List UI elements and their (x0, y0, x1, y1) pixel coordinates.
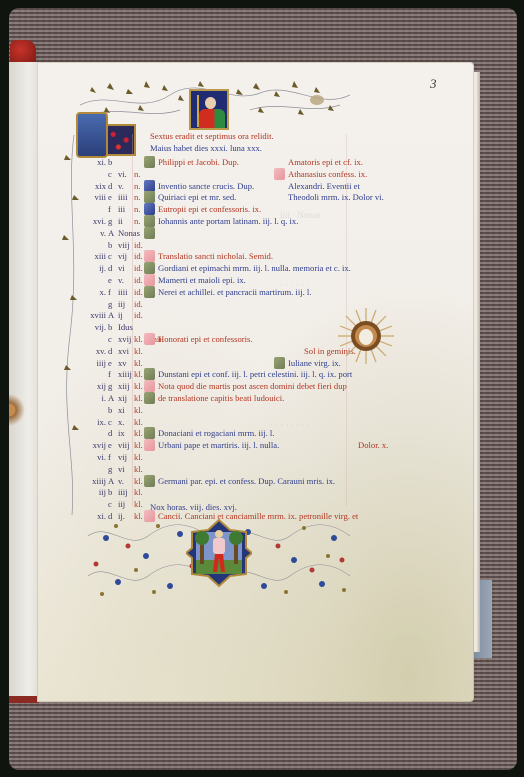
gemini-roundel-miniature (186, 518, 252, 588)
decorated-initial-icon (144, 274, 155, 286)
king-robe (199, 109, 225, 129)
decorated-initial-icon (144, 227, 155, 239)
facing-sun-icon (9, 390, 27, 430)
heading-verse: Sextus eradit et septimus ora relidit. (150, 131, 274, 141)
facing-leaf (9, 62, 38, 696)
decorated-initial-icon (144, 250, 155, 262)
decorated-initial-icon (144, 380, 155, 392)
decorated-initial-icon (144, 368, 155, 380)
decorated-initial-icon (144, 333, 155, 345)
decorated-initial-icon (144, 427, 155, 439)
decorated-initial-icon (144, 286, 155, 298)
red-ribbon-marker-top (10, 40, 36, 64)
decorated-initial-icon (144, 156, 155, 168)
decorated-initial-icon (144, 439, 155, 451)
folio-number: 3 (430, 76, 437, 92)
kl-initial (76, 112, 138, 158)
decorated-initial-icon (144, 475, 155, 487)
decorated-initial-icon (144, 203, 155, 215)
closing-line: Nox horas. viij. dies. xvj. (150, 502, 237, 512)
initial-k-icon (76, 112, 108, 158)
king-miniature (189, 89, 229, 130)
king-head (205, 97, 216, 109)
decorated-initial-icon (144, 180, 155, 192)
moth-icon (310, 95, 324, 105)
heading-month: Maius habet dies xxxi. luna xxx. (150, 143, 262, 153)
gemini-figure (359, 329, 373, 345)
decorated-initial-icon (144, 215, 155, 227)
zodiac-sun-icon (338, 308, 394, 364)
decorated-initial-icon (274, 168, 285, 180)
decorated-initial-icon (144, 392, 155, 404)
decorated-initial-icon (144, 262, 155, 274)
decorated-initial-icon (144, 191, 155, 203)
decorated-initial-icon (274, 357, 285, 369)
